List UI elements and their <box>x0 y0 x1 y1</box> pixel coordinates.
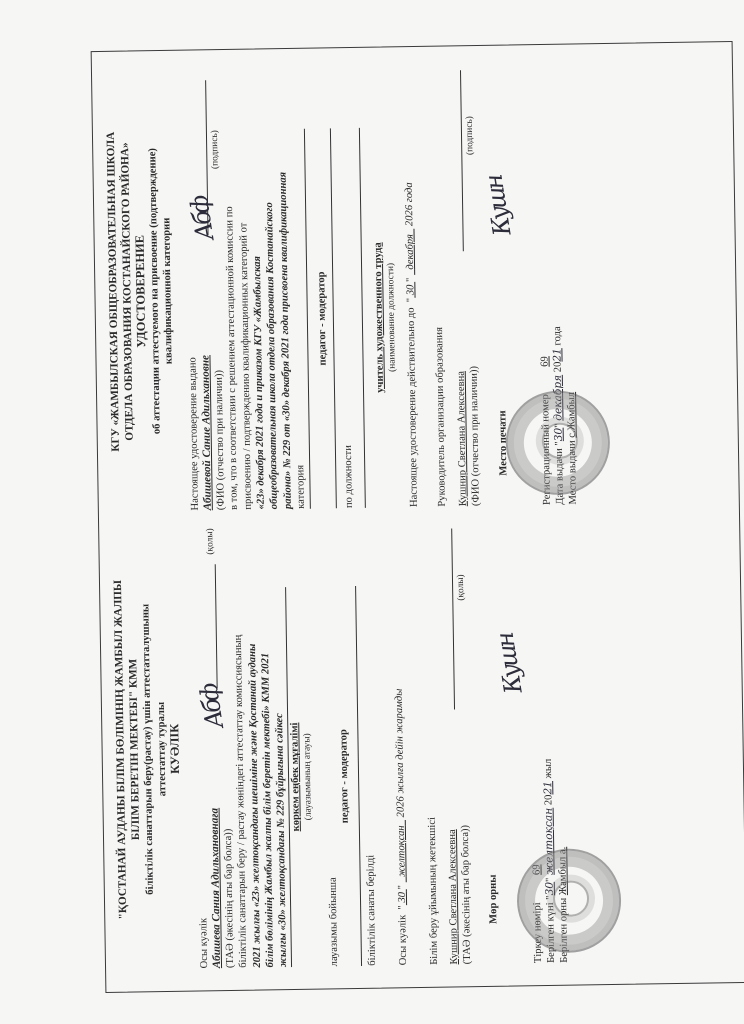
kz-signature-caption: (қолы) <box>204 528 218 555</box>
ru-validity: Настоящее удостоверение действительно до… <box>401 67 421 507</box>
ru-valid-suffix: года <box>404 182 415 202</box>
kz-valid-suffix: жылға дейін жарамды <box>394 689 407 794</box>
kz-valid-month: желтоқсан <box>396 825 408 877</box>
emblem-icon <box>552 880 589 917</box>
ru-reg-number: 69 <box>538 331 552 391</box>
kz-date-suffix: жыл <box>543 759 554 779</box>
emblem-icon <box>541 423 578 460</box>
ru-date-suffix: года <box>552 326 563 345</box>
kz-header: "ҚОСТАНАЙ АУДАНЫ БІЛІМ БӨЛІМІНІҢ ЖАМБЫЛ … <box>111 529 185 970</box>
ru-valid-year: 2026 <box>404 205 415 226</box>
ru-header: КГУ «ЖАМБЫЛСКАЯ ОБЩЕОБРАЗОВАТЕЛЬНАЯ ШКОЛ… <box>104 71 178 512</box>
russian-section: КГУ «ЖАМБЫЛСКАЯ ОБЩЕОБРАЗОВАТЕЛЬНАЯ ШКОЛ… <box>92 62 739 512</box>
kz-valid-prefix: Осы куәлік <box>397 915 409 966</box>
certificate-page: "ҚОСТАНАЙ АУДАНЫ БІЛІМ БӨЛІМІНІҢ ЖАМБЫЛ … <box>0 0 744 1024</box>
kz-valid-day: 30 <box>397 892 408 903</box>
certificate-frame: "ҚОСТАНАЙ АУДАНЫ БІЛІМ БӨЛІМІНІҢ ЖАМБЫЛ … <box>91 41 744 993</box>
ru-date-year: 21 <box>552 348 564 362</box>
kz-validity: Осы куәлік " 30 " желтоқсан 2026 жылға д… <box>390 525 410 965</box>
kazakh-section: "ҚОСТАНАЙ АУДАНЫ БІЛІМ БӨЛІМІНІҢ ЖАМБЫЛ … <box>99 520 744 970</box>
recipient-signature: Абф <box>194 684 228 730</box>
ru-category: педагог - модератор <box>313 128 332 508</box>
kz-category-suffix: біліктілік санаты берілді <box>359 526 379 966</box>
kz-valid-year: 2026 <box>395 796 406 817</box>
official-stamp-ru <box>505 390 611 496</box>
ru-head-sig-caption: (подпись) <box>464 116 478 155</box>
kz-date-year: 21 <box>542 781 554 795</box>
recipient-signature-ru: Абф <box>185 196 219 242</box>
ru-stamp-label: Место печати <box>490 66 510 476</box>
ru-position-prefix: по должности <box>336 68 356 508</box>
kz-head-sig-caption: (қолы) <box>455 574 469 601</box>
official-stamp-kz <box>516 848 622 954</box>
ru-date-year-prefix: 20 <box>553 362 564 373</box>
ru-head-caption: (ФИО (отчество при наличии)) <box>468 366 483 506</box>
ru-head-label: Руководитель организации образования <box>429 67 449 507</box>
ru-valid-day: 30 <box>406 284 417 295</box>
ru-signature-caption: (подпись) <box>209 130 223 169</box>
kz-date-year-prefix: 20 <box>543 794 554 805</box>
ru-valid-prefix: Настоящее удостоверение действительно до <box>406 307 420 507</box>
kz-stamp-label: Мөр орны <box>481 524 501 924</box>
ru-valid-month: декабря <box>405 234 417 270</box>
head-signature-ru: Кушн <box>479 175 516 238</box>
kz-head-caption: (ТАӘ (әкесінің аты бар болса)) <box>459 825 474 965</box>
kz-head-label: Білім беру ұйымының жетекшісі <box>421 525 441 965</box>
